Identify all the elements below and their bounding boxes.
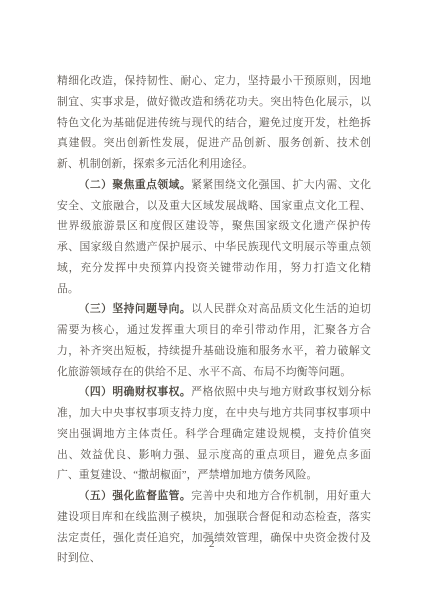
paragraph-item-4: （四）明确财权事权。严格依照中央与地方财政事权划分标准，加大中央事权事项支持力度…	[57, 382, 371, 486]
paragraph-item-3: （三）坚持问题导向。以人民群众对高品质文化生活的迫切需要为核心，通过发挥重大项目…	[57, 299, 371, 382]
paragraph-item-2: （二）聚焦重点领域。紧紧围绕文化强国、扩大内需、文化安全、文旅融合，以及重大区域…	[57, 175, 371, 300]
paragraph-heading: （二）聚焦重点领域。	[79, 179, 192, 191]
paragraph-heading: （五）强化监督监管。	[79, 490, 192, 502]
paragraph-item-5: （五）强化监督监管。完善中央和地方合作机制，用好重大建设项目库和在线监测子模块，…	[57, 486, 371, 569]
document-page: 精细化改造，保持韧性、耐心、定力，坚持最小干预原则，因地制宜、实事求是，做好微改…	[0, 0, 424, 600]
paragraph-heading: （四）明确财权事权。	[79, 386, 192, 398]
paragraph-continuation: 精细化改造，保持韧性、耐心、定力，坚持最小干预原则，因地制宜、实事求是，做好微改…	[57, 71, 371, 175]
paragraph-text: 严格依照中央与地方财政事权划分标准，加大中央事权事项支持力度，在中央与地方共同事…	[57, 386, 371, 481]
paragraph-text: 紧紧围绕文化强国、扩大内需、文化安全、文旅融合，以及重大区域发展战略、国家重点文…	[57, 179, 371, 295]
paragraph-heading: （三）坚持问题导向。	[79, 303, 192, 315]
paragraph-text: 精细化改造，保持韧性、耐心、定力，坚持最小干预原则，因地制宜、实事求是，做好微改…	[57, 75, 371, 170]
page-number: 2	[0, 538, 424, 550]
document-text-block: 精细化改造，保持韧性、耐心、定力，坚持最小干预原则，因地制宜、实事求是，做好微改…	[57, 71, 371, 569]
